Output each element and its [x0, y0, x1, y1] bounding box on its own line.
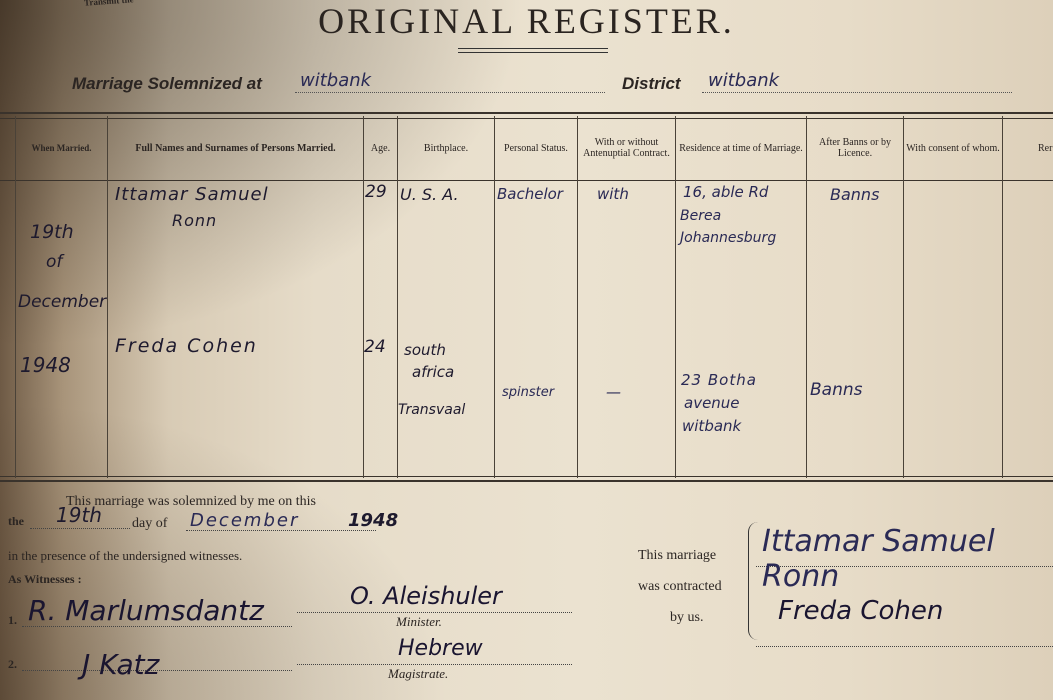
witness-1-number: 1.: [8, 613, 17, 628]
col-header-consent: With consent of whom.: [904, 118, 1002, 178]
title-underline: [458, 48, 608, 53]
minister-label: Minister.: [396, 614, 442, 630]
bride-status: spinster: [502, 382, 554, 403]
bride-residence-line1: 23 Botha: [681, 370, 757, 391]
district-value: witbank: [708, 70, 779, 91]
contracted-line2: was contracted: [638, 579, 722, 595]
magistrate-line: [297, 664, 572, 665]
contracted-line1: This marriage: [638, 548, 716, 564]
bride-age: 24: [364, 337, 386, 358]
bride-contract: —: [606, 382, 621, 403]
groom-signature: Ittamar Samuel Ronn: [762, 524, 1053, 594]
witness-1-signature: R. Marlumsdantz: [28, 594, 264, 627]
solemnized-line: [295, 92, 605, 93]
col-header-birthplace: Birthplace.: [398, 118, 494, 178]
when-married-year: 1948: [20, 355, 71, 376]
district-line: [702, 92, 1012, 93]
witnesses-label: As Witnesses :: [8, 572, 82, 587]
when-married-month: December: [18, 292, 106, 313]
col-header-antenuptial: With or without Antenuptial Contract.: [578, 118, 675, 178]
magistrate-label: Magistrate.: [388, 666, 448, 682]
witness-2-number: 2.: [8, 657, 17, 672]
groom-birthplace: U. S. A.: [400, 184, 459, 205]
col-header-banns: After Banns or by Licence.: [807, 118, 903, 178]
table-bottom-border: [0, 476, 1053, 482]
witness-2-signature: J Katz: [82, 648, 159, 681]
groom-name-line1: Ittamar Samuel: [115, 184, 269, 205]
bride-signature-line: [756, 646, 1053, 647]
district-label: District: [622, 74, 681, 94]
groom-residence-line2: Berea: [680, 206, 721, 227]
groom-contract: with: [597, 184, 629, 205]
groom-residence-line1: 16, able Rd: [683, 182, 768, 203]
page-title: ORIGINAL REGISTER.: [0, 0, 1053, 42]
solemnized-statement: This marriage was solemnized by me on th…: [66, 494, 316, 510]
col-header-when-married: When Married.: [16, 118, 107, 178]
contracted-line3: by us.: [670, 610, 703, 626]
signature-brace: [748, 522, 761, 640]
bride-banns: Banns: [810, 380, 863, 401]
bride-residence-line3: witbank: [682, 416, 741, 437]
minister-signature: O. Aleishuler: [350, 582, 502, 610]
bride-name: Freda Cohen: [115, 336, 258, 357]
col-header-full-names: Full Names and Surnames of Persons Marri…: [108, 118, 363, 178]
groom-status: Bachelor: [497, 184, 563, 205]
groom-name-line2: Ronn: [172, 210, 217, 231]
groom-residence-line3: Johannesburg: [680, 228, 776, 249]
header-row-border: [0, 180, 1053, 181]
day-line: [30, 528, 130, 529]
solemnized-month: December: [190, 510, 299, 531]
bride-residence-line2: avenue: [684, 393, 740, 414]
solemnized-day: 19th: [56, 503, 102, 527]
presence-statement: in the presence of the undersigned witne…: [8, 548, 242, 564]
bride-birthplace-line2: africa: [412, 362, 454, 383]
groom-age: 29: [365, 182, 387, 203]
col-header-age: Age.: [364, 118, 397, 178]
bride-birthplace-line1: south: [404, 340, 446, 361]
the-label: the: [8, 514, 24, 529]
col-header-personal-status: Personal Status.: [495, 118, 577, 178]
solemnized-label: Marriage Solemnized at: [72, 74, 262, 94]
when-married-of: of: [46, 252, 62, 273]
magistrate-signature: Hebrew: [398, 636, 483, 661]
when-married-day: 19th: [30, 222, 74, 243]
minister-line: [297, 612, 572, 613]
col-header-remarks: Rer: [1003, 118, 1053, 178]
solemnized-year: 1948: [348, 510, 398, 531]
solemnized-value: witbank: [300, 70, 371, 91]
bride-birthplace-line3: Transvaal: [398, 400, 465, 421]
groom-banns: Banns: [830, 184, 879, 205]
col-header-residence: Residence at time of Marriage.: [676, 118, 806, 178]
day-of-label: day of: [132, 516, 167, 532]
bride-signature: Freda Cohen: [778, 596, 943, 626]
